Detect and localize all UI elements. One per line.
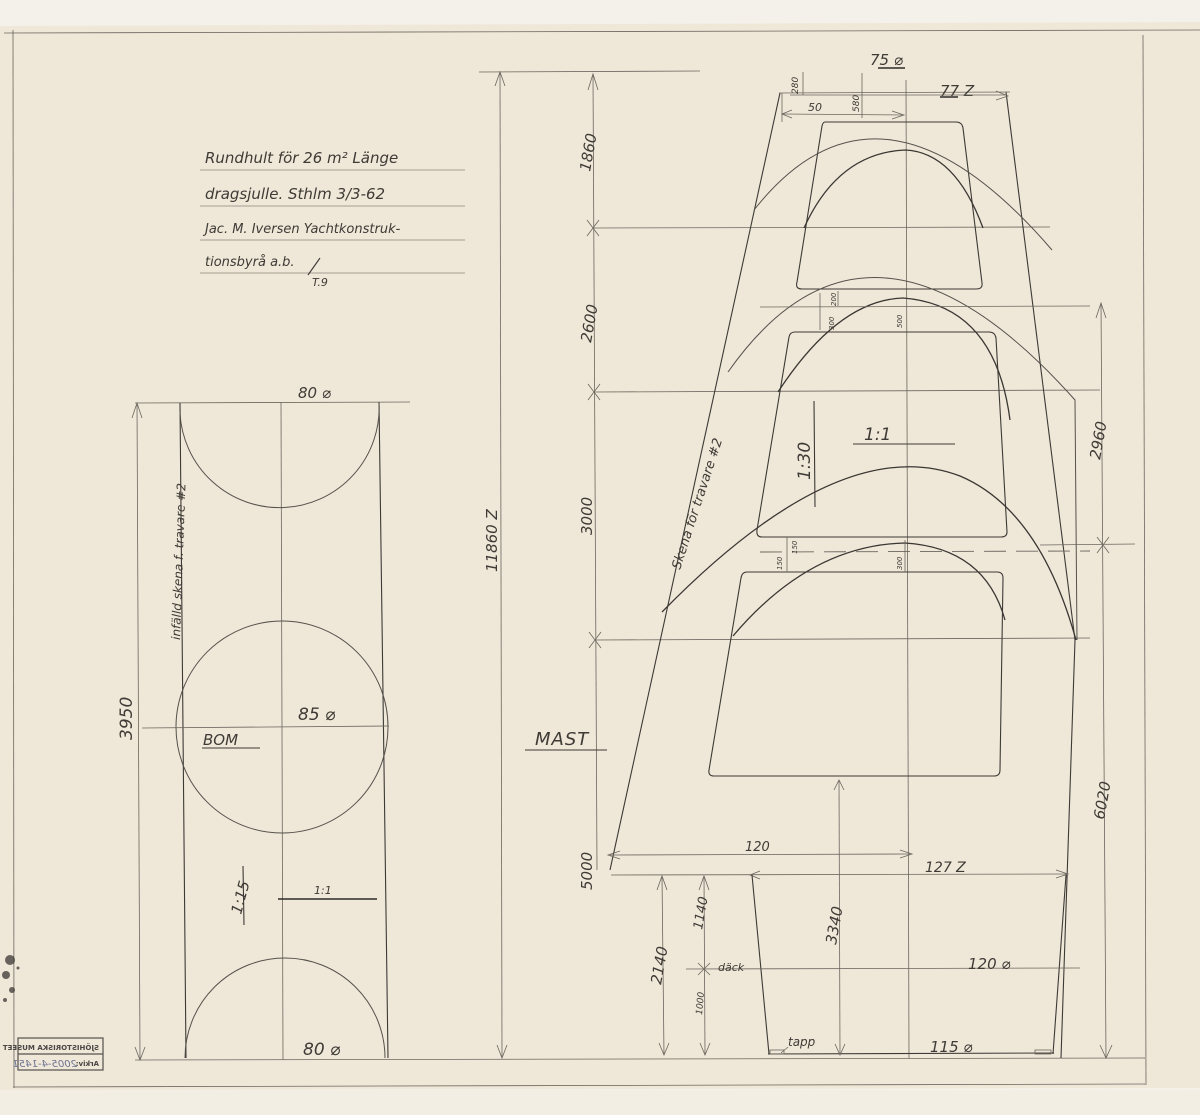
mast-top-diameter: 75 ⌀	[870, 51, 903, 69]
mast-scale-section: 1:1	[864, 425, 891, 445]
mast-heel-diameter: 115 ⌀	[930, 1038, 972, 1056]
mast-base-width: 127 Z	[925, 860, 966, 876]
mast-tenon-label: tapp	[788, 1035, 816, 1049]
title-line-2: dragsjulle. Sthlm 3/3-62	[205, 185, 385, 203]
stamp-archive-label: Arkiv:	[76, 1060, 99, 1068]
mast-mid-offset-500: 500	[896, 314, 904, 328]
mast-segment-4: 5000	[578, 852, 596, 890]
technical-drawing: Rundhult för 26 m² Länge dragsjulle. Sth…	[0, 0, 1200, 1115]
boom-bottom-diameter: 80 ⌀	[303, 1040, 341, 1060]
mast-deck-diameter: 120 ⌀	[968, 955, 1010, 973]
mast-label: MAST	[535, 729, 590, 750]
sheet-reference: T.9	[312, 276, 328, 289]
boom-scale-section: 1:1	[314, 884, 332, 897]
boom-mid-diameter: 85 ⌀	[298, 705, 336, 725]
boom-label: BOM	[203, 731, 238, 749]
stamp-archive-number: 2005-4-1451	[13, 1059, 77, 1070]
title-line-4: tionsbyrå a.b.	[205, 255, 295, 270]
title-line-1: Rundhult för 26 m² Länge	[205, 149, 398, 167]
mast-mid-offset-300: 300	[828, 316, 836, 330]
mast-top-offset-small: 280	[791, 77, 801, 94]
mast-top-width-half: 50	[808, 101, 822, 114]
mast-base-width-half: 120	[745, 840, 770, 855]
boom-top-diameter: 80 ⌀	[298, 384, 331, 402]
stamp-museum-name: SJÖHISTORISKA MUSEET	[3, 1043, 99, 1052]
mast-segment-3: 3000	[578, 497, 596, 535]
mast-mid-offset-300-lower: 300	[896, 556, 904, 570]
mast-total-length: 11860 Z	[483, 509, 501, 572]
mast-scale-long: 1:30	[795, 442, 815, 480]
mast-top-offset-large: 580	[852, 95, 862, 112]
scan-bottom-margin	[0, 1090, 1200, 1115]
mast-heel-below-deck: 1000	[695, 991, 707, 1015]
mast-mid-offset-200: 200	[830, 292, 838, 306]
title-line-3: Jac. M. Iversen Yachtkonstruk-	[202, 222, 401, 237]
mast-deck-label: däck	[718, 961, 745, 974]
mast-mid-offset-150b: 150	[791, 540, 799, 554]
mast-mid-offset-150a: 150	[776, 556, 784, 570]
boom-length: 3950	[117, 697, 137, 740]
